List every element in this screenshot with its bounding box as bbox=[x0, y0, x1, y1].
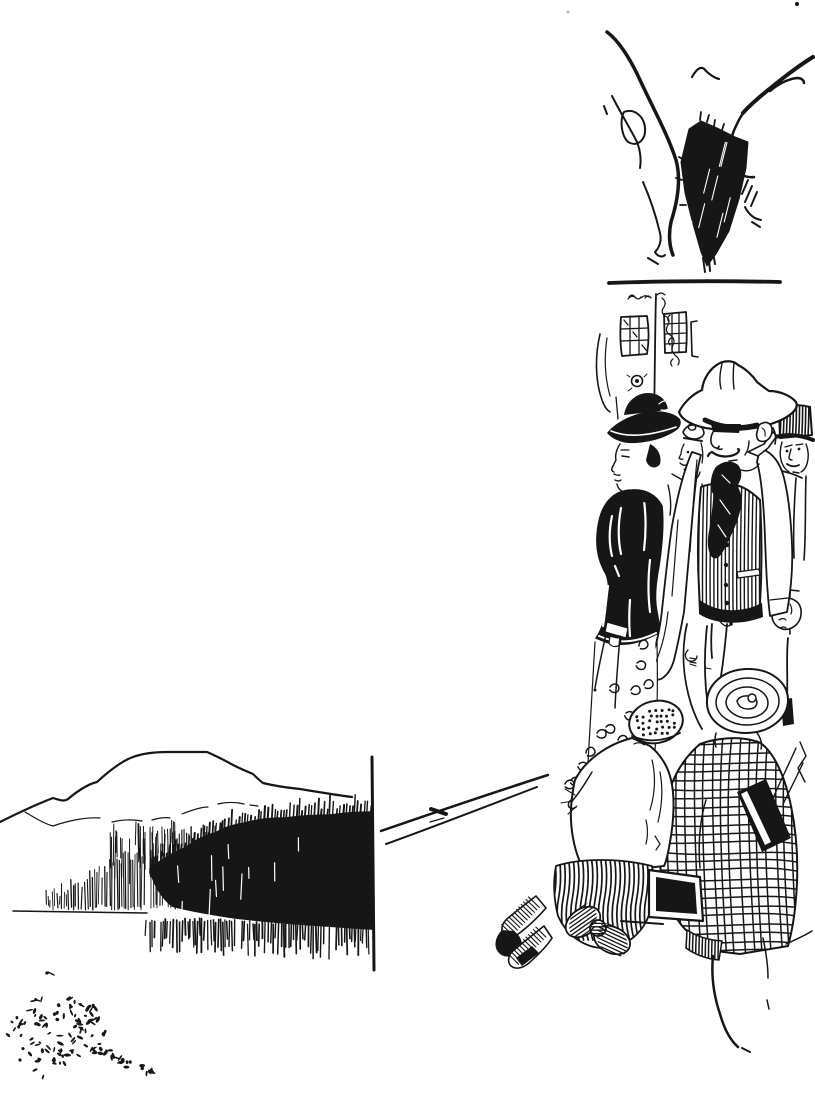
shore-line bbox=[13, 911, 147, 913]
treetop-spike bbox=[219, 823, 220, 836]
cap-dot bbox=[642, 716, 645, 719]
cap-dot bbox=[655, 728, 658, 731]
forest-light-streak bbox=[182, 901, 183, 916]
reflection-stroke bbox=[162, 921, 163, 946]
treetop-spike bbox=[349, 806, 350, 818]
leaf-mark bbox=[97, 1043, 101, 1045]
hatch-stroke bbox=[57, 894, 58, 908]
bush-cluster bbox=[5, 971, 156, 1079]
treetop-spike bbox=[346, 804, 347, 818]
tophat-eye-left bbox=[786, 450, 789, 453]
reflection-stroke bbox=[242, 921, 243, 948]
vignette-border-line bbox=[372, 757, 374, 970]
left-ridge-crack bbox=[612, 96, 641, 168]
reflection-stroke bbox=[227, 921, 228, 939]
leaf-mark bbox=[41, 1048, 45, 1053]
treetop-spike bbox=[222, 821, 223, 835]
leaf-mark bbox=[43, 1015, 48, 1020]
treetop-spike bbox=[157, 856, 158, 869]
treetop-spike bbox=[250, 816, 251, 827]
reflection-stroke bbox=[355, 924, 356, 941]
facade-scribble-row bbox=[628, 293, 665, 299]
hatch-stroke bbox=[134, 854, 135, 909]
soles-and-shoes bbox=[495, 896, 552, 968]
treetop-spike bbox=[260, 812, 261, 825]
ink-speck bbox=[795, 2, 799, 6]
cap-dot bbox=[661, 726, 664, 729]
treetop-spike bbox=[264, 806, 265, 825]
reflection-stroke bbox=[320, 925, 321, 957]
tophat-brows bbox=[785, 444, 803, 447]
treetop-spike bbox=[357, 801, 358, 817]
vest-button bbox=[724, 583, 728, 587]
treetop-spike bbox=[343, 805, 344, 818]
leaf-mark bbox=[83, 1043, 89, 1048]
reflection-stroke bbox=[366, 925, 367, 947]
hatch-stroke bbox=[141, 857, 142, 910]
landscape-vignette bbox=[0, 752, 374, 975]
reflection-stroke bbox=[354, 925, 355, 947]
reflection-stroke bbox=[259, 924, 260, 946]
cap-dot bbox=[637, 726, 640, 729]
reflection-stroke bbox=[223, 922, 224, 955]
cap-dot bbox=[641, 722, 644, 725]
reflection-stroke bbox=[264, 921, 265, 952]
hatch-stroke bbox=[90, 871, 91, 906]
tall-hatch-stroke bbox=[135, 822, 136, 845]
smock bbox=[571, 738, 674, 871]
man-mustache bbox=[708, 449, 739, 456]
leaf-mark bbox=[5, 1032, 11, 1037]
treetop-spike bbox=[339, 806, 340, 818]
cap-dot bbox=[642, 733, 645, 736]
hatch-stroke bbox=[54, 889, 55, 906]
right-ridge-claws bbox=[742, 180, 761, 227]
treetop-spike bbox=[308, 805, 309, 821]
treetop-spike bbox=[258, 810, 259, 825]
reflection-stroke bbox=[182, 921, 183, 941]
reflection-stroke bbox=[211, 920, 212, 945]
leaf-mark bbox=[15, 1016, 18, 1019]
woman-eye bbox=[622, 456, 629, 457]
slate-board bbox=[656, 877, 697, 914]
illustration-page bbox=[0, 0, 815, 1104]
reflection-stroke bbox=[284, 924, 285, 957]
leaf-mark bbox=[56, 1003, 61, 1008]
boulder-outline bbox=[604, 106, 645, 144]
hatch-stroke bbox=[71, 880, 72, 908]
leg-line bbox=[712, 956, 738, 1047]
treetop-spike bbox=[318, 799, 319, 820]
reflection-stroke bbox=[275, 922, 276, 937]
cap-dot bbox=[654, 731, 657, 734]
leaf-mark bbox=[125, 1060, 128, 1064]
treetop-spike bbox=[244, 814, 245, 827]
leaf-mark bbox=[29, 1037, 34, 1042]
leaf-mark bbox=[76, 1035, 84, 1041]
cap-dot bbox=[656, 720, 659, 723]
treetop-spike bbox=[204, 826, 205, 843]
leaf-mark bbox=[95, 1016, 101, 1024]
reflection-stroke bbox=[305, 924, 306, 940]
leaf-mark bbox=[84, 1014, 88, 1017]
vest-button bbox=[725, 601, 729, 605]
road-edge-upper bbox=[381, 775, 548, 831]
reflection-stroke bbox=[215, 923, 216, 952]
hatch-stroke bbox=[137, 853, 138, 906]
reflection-stroke bbox=[253, 924, 254, 940]
leaf-mark bbox=[47, 1032, 52, 1036]
leaf-mark bbox=[108, 1049, 113, 1052]
leaf-mark bbox=[23, 1021, 27, 1026]
leaf-mark bbox=[32, 1008, 37, 1015]
reflection-stroke bbox=[243, 921, 244, 940]
reflection-stroke bbox=[145, 920, 146, 935]
leaf-mark bbox=[84, 1028, 86, 1033]
reflection-stroke bbox=[368, 926, 369, 954]
leaf-mark bbox=[12, 1027, 16, 1032]
reflection-stroke bbox=[302, 925, 303, 939]
leaf-mark bbox=[98, 1046, 103, 1052]
reflection-stroke bbox=[232, 922, 233, 951]
cap-dot bbox=[636, 719, 639, 722]
cap-dot bbox=[673, 726, 676, 729]
leaf-mark bbox=[19, 1033, 23, 1037]
tophat-leg-line bbox=[787, 638, 788, 698]
cap-dot bbox=[642, 728, 645, 731]
hatch-stroke bbox=[81, 887, 82, 909]
reflection-stroke bbox=[218, 919, 219, 947]
treetop-spike bbox=[297, 806, 298, 822]
leaf-mark bbox=[68, 1032, 73, 1038]
hatch-stroke bbox=[98, 866, 99, 904]
cap-dot bbox=[647, 726, 650, 729]
treetop-spike bbox=[352, 806, 353, 817]
leaf-mark bbox=[34, 1014, 37, 1018]
leaf-mark bbox=[76, 1053, 81, 1057]
treetop-spike bbox=[289, 803, 290, 822]
tall-hatch-stroke bbox=[158, 831, 159, 853]
man-nose bbox=[711, 432, 722, 449]
leaf-mark bbox=[21, 1046, 25, 1050]
treetop-spike bbox=[200, 828, 201, 844]
leaf-mark bbox=[129, 1060, 132, 1064]
treetop-spike bbox=[160, 852, 161, 867]
treetop-spike bbox=[254, 817, 255, 826]
treetop-spike bbox=[305, 806, 306, 820]
coat-right-sleeve bbox=[757, 448, 792, 616]
reflection-stroke bbox=[318, 926, 319, 951]
tall-hatch-stroke bbox=[138, 824, 139, 862]
treetop-spike bbox=[192, 839, 193, 849]
treetop-spike bbox=[329, 795, 330, 819]
cap-dot bbox=[648, 710, 651, 713]
hatch-stroke bbox=[117, 859, 118, 909]
cap-dot bbox=[650, 715, 653, 718]
reflection-stroke bbox=[221, 919, 222, 950]
forest-light-streak bbox=[223, 867, 224, 890]
hatch-stroke bbox=[85, 882, 86, 910]
cap-dot bbox=[671, 713, 674, 716]
cap-dot bbox=[673, 722, 676, 725]
leaf-mark bbox=[55, 1017, 60, 1022]
road-edge-lower bbox=[386, 787, 537, 844]
leaf-mark bbox=[38, 1013, 43, 1020]
reflection-stroke bbox=[291, 924, 292, 947]
leaf-mark bbox=[123, 1066, 129, 1069]
treetop-spike bbox=[173, 845, 174, 860]
treetop-spike bbox=[336, 809, 337, 819]
leaf-mark bbox=[35, 1043, 41, 1046]
tophat-face bbox=[780, 442, 808, 473]
cap-dot bbox=[665, 715, 668, 718]
cap-dot bbox=[661, 709, 664, 712]
treetop-spike bbox=[166, 853, 167, 863]
leaf-mark bbox=[32, 1068, 38, 1073]
cap-dot bbox=[661, 732, 664, 735]
beret-knob bbox=[748, 694, 756, 702]
treetop-spike bbox=[231, 810, 232, 832]
leaf-mark bbox=[56, 1035, 63, 1037]
forest-light-streak bbox=[228, 845, 229, 859]
treetop-spike bbox=[228, 818, 229, 832]
treetop-spike bbox=[283, 811, 284, 823]
treetop-spike bbox=[175, 840, 176, 858]
treetop-spike bbox=[150, 859, 151, 873]
treetop-spike bbox=[354, 795, 355, 817]
reflection-stroke bbox=[167, 922, 168, 938]
reflection-stroke bbox=[271, 923, 272, 943]
cap-dot bbox=[648, 719, 651, 722]
cap-dot bbox=[660, 715, 663, 718]
hatch-stroke bbox=[52, 892, 53, 910]
leaf-mark bbox=[59, 1061, 61, 1064]
cap-dot bbox=[668, 708, 671, 711]
treetop-spike bbox=[212, 821, 213, 838]
hatch-stroke bbox=[95, 870, 96, 908]
tophat-frown-mustache bbox=[787, 464, 799, 466]
leaf-mark bbox=[63, 1013, 65, 1019]
treetop-spike bbox=[209, 823, 210, 840]
leaf-mark bbox=[73, 1000, 75, 1004]
treetop-spike bbox=[206, 827, 207, 842]
reflection-stroke bbox=[213, 920, 214, 941]
tall-hatch-stroke bbox=[115, 837, 116, 878]
reflection-stroke bbox=[173, 919, 174, 947]
rosette-center bbox=[635, 379, 639, 383]
treetop-spike bbox=[277, 812, 278, 823]
lattice-window-left bbox=[620, 316, 648, 356]
knee-dashes bbox=[690, 664, 711, 669]
man-ear bbox=[757, 423, 772, 442]
reflection-stroke bbox=[362, 927, 363, 943]
reflection-stroke bbox=[311, 926, 312, 953]
left-rock-ridge bbox=[607, 32, 678, 255]
watch-fob bbox=[729, 622, 733, 626]
leaf-mark bbox=[30, 1041, 35, 1045]
reflection-stroke bbox=[185, 919, 186, 935]
treetop-spike bbox=[286, 810, 287, 822]
treetop-spike bbox=[267, 808, 268, 825]
paper-speck bbox=[567, 11, 570, 14]
scree-light-streak bbox=[686, 222, 692, 246]
treetop-spike bbox=[280, 811, 281, 823]
eye-shadow-band bbox=[711, 424, 741, 433]
road-lines bbox=[381, 775, 548, 844]
ground-tick bbox=[48, 972, 54, 975]
hatch-stroke bbox=[87, 880, 88, 909]
cap-dot bbox=[666, 732, 669, 735]
leaf-mark bbox=[62, 1060, 67, 1066]
leg-dash bbox=[742, 1048, 750, 1052]
reflection-stroke bbox=[247, 924, 248, 955]
leaf-mark bbox=[74, 1014, 77, 1018]
reflection-stroke bbox=[197, 922, 198, 954]
treetop-spike bbox=[181, 844, 182, 854]
scree-chute bbox=[681, 121, 748, 266]
tall-hatch-stroke bbox=[145, 839, 146, 860]
leaf-mark bbox=[69, 1009, 74, 1017]
cap-dot bbox=[635, 715, 638, 718]
hatch-stroke bbox=[125, 852, 126, 909]
treetop-spike bbox=[314, 803, 315, 820]
cap-dot bbox=[671, 709, 674, 712]
illustration-canvas bbox=[0, 0, 815, 1104]
leaf-mark bbox=[90, 1034, 94, 1038]
treetop-spike bbox=[272, 805, 273, 824]
cap-dot bbox=[668, 726, 671, 729]
leaf-mark bbox=[64, 1053, 72, 1056]
gorge-ground-line bbox=[609, 281, 780, 283]
reflection-stroke bbox=[195, 919, 196, 945]
treetop-spike bbox=[224, 819, 225, 834]
cap-dot bbox=[654, 709, 657, 712]
reflection-stroke bbox=[204, 922, 205, 940]
man-hand-at-side bbox=[685, 650, 697, 663]
treetop-spike bbox=[324, 802, 325, 820]
treetop-spike bbox=[321, 809, 322, 819]
treetop-spike bbox=[239, 817, 240, 829]
treetop-spike bbox=[235, 820, 236, 830]
hair-bun bbox=[646, 444, 661, 467]
left-ridge-lower-crack bbox=[643, 182, 665, 264]
leaf-mark bbox=[26, 1009, 34, 1012]
treetop-spike bbox=[360, 804, 361, 816]
reflection-stroke bbox=[316, 923, 317, 952]
tophat-eye-right bbox=[798, 448, 801, 451]
leaf-mark bbox=[72, 1024, 77, 1029]
dark-forest bbox=[150, 812, 372, 929]
reflection-stroke bbox=[229, 921, 230, 947]
treetop-spike bbox=[163, 854, 164, 865]
leaf-mark bbox=[40, 996, 43, 1003]
treetop-spike bbox=[327, 809, 328, 819]
leaf-mark bbox=[10, 1020, 14, 1024]
leaf-mark bbox=[41, 1074, 44, 1079]
slouch-hat bbox=[679, 361, 797, 430]
treetop-spike bbox=[169, 845, 170, 862]
stick-tip bbox=[594, 689, 597, 692]
leaf-mark bbox=[18, 1058, 22, 1062]
road-small-dash bbox=[430, 818, 444, 822]
reflection-stroke bbox=[188, 922, 189, 939]
reflection-stroke bbox=[193, 922, 194, 947]
leaf-mark bbox=[61, 1054, 64, 1058]
reflection-stroke bbox=[347, 927, 348, 954]
flying-bird bbox=[692, 68, 719, 79]
hatch-stroke bbox=[123, 853, 124, 908]
door-rosette bbox=[627, 374, 647, 391]
hatch-stroke bbox=[68, 890, 69, 909]
leaf-mark bbox=[27, 1051, 33, 1057]
leaf-mark bbox=[56, 1040, 64, 1046]
door-arch-inner bbox=[605, 338, 610, 396]
treetop-spike bbox=[188, 837, 189, 851]
leaf-mark bbox=[39, 1019, 46, 1022]
facade-small-line bbox=[616, 397, 618, 419]
gorge-vignette bbox=[567, 2, 814, 299]
reflection-stroke bbox=[165, 919, 166, 938]
cap-dot bbox=[660, 720, 663, 723]
leaf-mark bbox=[52, 1057, 55, 1063]
window-frame bbox=[620, 316, 648, 356]
reflection-stroke bbox=[297, 925, 298, 940]
reflection-stroke bbox=[199, 918, 200, 935]
cap-dot bbox=[666, 720, 669, 723]
leaf-mark bbox=[38, 1041, 42, 1044]
leaf-mark bbox=[97, 1051, 103, 1055]
treetop-spike bbox=[301, 811, 302, 821]
reflection-stroke bbox=[349, 924, 350, 938]
treetop-spike bbox=[177, 844, 178, 856]
treetop-spike bbox=[293, 805, 294, 821]
treetop-spike bbox=[299, 799, 300, 821]
door-arch-curve bbox=[596, 334, 610, 412]
reflection-stroke bbox=[278, 922, 279, 954]
bystander-eye bbox=[687, 451, 690, 454]
reflection-stroke bbox=[336, 926, 337, 950]
cap-dot bbox=[649, 732, 652, 735]
shutter-bracket bbox=[691, 321, 698, 357]
leaf-mark bbox=[53, 1047, 56, 1053]
leaf-mark bbox=[89, 1011, 95, 1018]
treetop-spike bbox=[194, 833, 195, 848]
vest-button bbox=[724, 563, 728, 567]
cap-dot bbox=[656, 715, 659, 718]
reflection-stroke bbox=[170, 922, 171, 944]
